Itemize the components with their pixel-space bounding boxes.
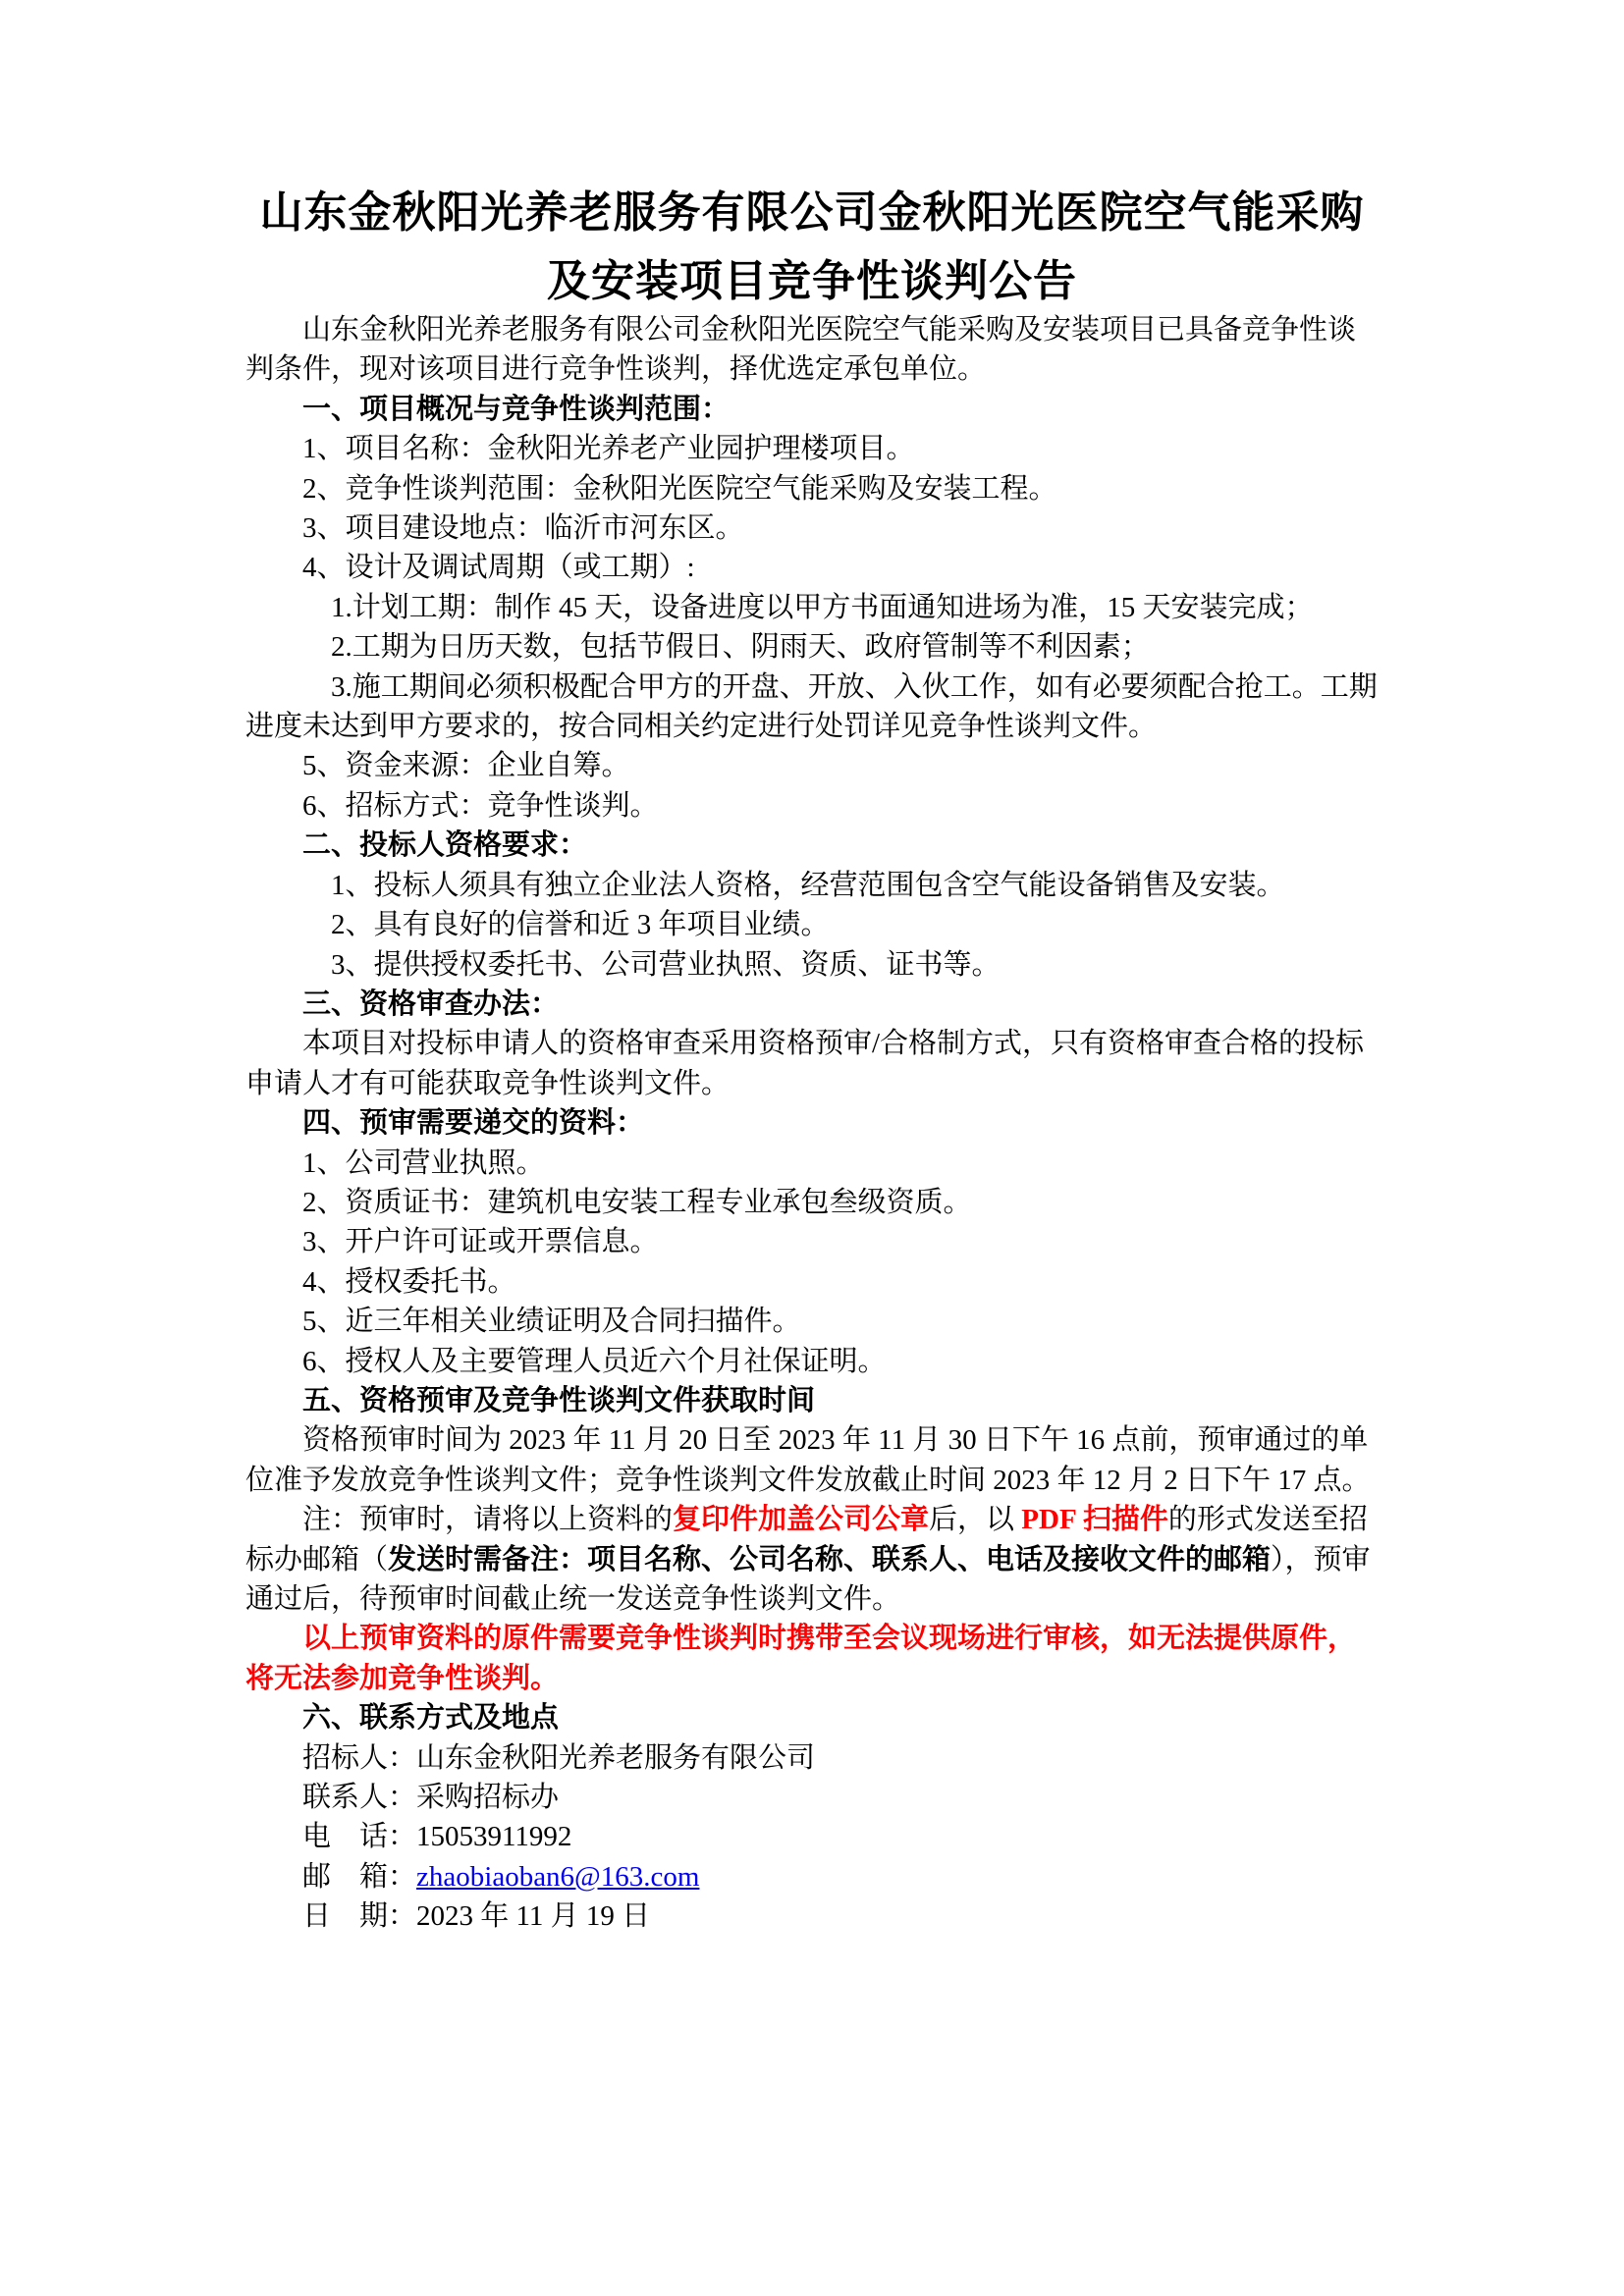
document-line: 1.计划工期：制作 45 天，设备进度以甲方书面通知进场为准，15 天安装完成； <box>245 588 1379 627</box>
text-run: 将无法参加竞争性谈判。 <box>245 1663 559 1694</box>
document-line: 5、资金来源：企业自筹。 <box>245 746 1379 785</box>
text-run: 判条件，现对该项目进行竞争性谈判，择优选定承包单位。 <box>245 353 986 385</box>
text-run: 六、联系方式及地点 <box>302 1702 559 1734</box>
document-line: 五、资格预审及竞争性谈判文件获取时间 <box>245 1381 1379 1420</box>
document-line: 三、资格审查办法： <box>245 985 1379 1024</box>
document-line: 申请人才有可能获取竞争性谈判文件。 <box>245 1064 1379 1103</box>
document-line: 1、项目名称：金秋阳光养老产业园护理楼项目。 <box>245 429 1379 468</box>
text-run: 后，以 <box>929 1504 1021 1535</box>
text-run: 4、授权委托书。 <box>302 1266 516 1298</box>
document-title-line-2: 及安装项目竞争性谈判公告 <box>245 247 1379 316</box>
text-run: 一、项目概况与竞争性谈判范围： <box>302 394 730 425</box>
text-run: 通过后，待预审时间截止统一发送竞争性谈判文件。 <box>245 1583 900 1615</box>
text-run: 日 期：2023 年 11 月 19 日 <box>302 1900 650 1932</box>
document-line: 电 话：15053911992 <box>245 1817 1379 1856</box>
text-run: 1、公司营业执照。 <box>302 1148 545 1179</box>
document-page: 山东金秋阳光养老服务有限公司金秋阳光医院空气能采购 及安装项目竞争性谈判公告 山… <box>0 0 1624 2296</box>
email-link[interactable]: zhaobiaoban6@163.com <box>416 1861 699 1893</box>
document-line: 5、近三年相关业绩证明及合同扫描件。 <box>245 1302 1379 1341</box>
document-line: 注：预审时，请将以上资料的复印件加盖公司公章后，以 PDF 扫描件的形式发送至招 <box>245 1500 1379 1539</box>
document-line: 本项目对投标申请人的资格审查采用资格预审/合格制方式，只有资格审查合格的投标 <box>245 1024 1379 1063</box>
text-run: 注：预审时，请将以上资料的 <box>302 1504 673 1535</box>
document-line: 2、资质证书：建筑机电安装工程专业承包叁级资质。 <box>245 1183 1379 1222</box>
document-line: 4、授权委托书。 <box>245 1262 1379 1302</box>
text-run: 2、竞争性谈判范围：金秋阳光医院空气能采购及安装工程。 <box>302 473 1057 505</box>
document-title: 山东金秋阳光养老服务有限公司金秋阳光医院空气能采购 及安装项目竞争性谈判公告 <box>245 179 1379 316</box>
text-run: 1、项目名称：金秋阳光养老产业园护理楼项目。 <box>302 433 915 464</box>
document-line: 2、具有良好的信誉和近 3 年项目业绩。 <box>245 905 1379 944</box>
text-run: 的形式发送至招 <box>1168 1504 1368 1535</box>
document-line: 3、开户许可证或开票信息。 <box>245 1222 1379 1261</box>
text-run: 2.工期为日历天数，包括节假日、阴雨天、政府管制等不利因素； <box>331 631 1150 663</box>
document-line: 以上预审资料的原件需要竞争性谈判时携带至会议现场进行审核，如无法提供原件， <box>245 1619 1379 1658</box>
document-line: 2.工期为日历天数，包括节假日、阴雨天、政府管制等不利因素； <box>245 627 1379 667</box>
document-line: 6、招标方式：竞争性谈判。 <box>245 786 1379 826</box>
text-run: 以上预审资料的原件需要竞争性谈判时携带至会议现场进行审核，如无法提供原件， <box>302 1623 1356 1654</box>
document-line: 2、竞争性谈判范围：金秋阳光医院空气能采购及安装工程。 <box>245 469 1379 508</box>
text-run: 3、开户许可证或开票信息。 <box>302 1226 659 1257</box>
document-line: 联系人：采购招标办 <box>245 1778 1379 1817</box>
text-run: 联系人：采购招标办 <box>302 1782 559 1813</box>
text-run: 2、资质证书：建筑机电安装工程专业承包叁级资质。 <box>302 1187 972 1218</box>
document-line: 6、授权人及主要管理人员近六个月社保证明。 <box>245 1342 1379 1381</box>
text-run: ），预审 <box>1271 1544 1371 1575</box>
text-run: 五、资格预审及竞争性谈判文件获取时间 <box>302 1385 815 1416</box>
document-line: 将无法参加竞争性谈判。 <box>245 1659 1379 1698</box>
document-line: 招标人：山东金秋阳光养老服务有限公司 <box>245 1738 1379 1778</box>
text-run: 本项目对投标申请人的资格审查采用资格预审/合格制方式，只有资格审查合格的投标 <box>302 1028 1364 1059</box>
document-line: 3、提供授权委托书、公司营业执照、资质、证书等。 <box>245 945 1379 985</box>
document-line: 位准予发放竞争性谈判文件；竞争性谈判文件发放截止时间 2023 年 12 月 2… <box>245 1461 1379 1500</box>
text-run: 电 话：15053911992 <box>302 1821 571 1852</box>
text-run: 四、预审需要递交的资料： <box>302 1107 644 1139</box>
text-run: 6、招标方式：竞争性谈判。 <box>302 790 659 822</box>
document-line: 3.施工期间必须积极配合甲方的开盘、开放、入伙工作，如有必要须配合抢工。工期 <box>245 667 1379 707</box>
document-line: 通过后，待预审时间截止统一发送竞争性谈判文件。 <box>245 1579 1379 1619</box>
document-line: 资格预审时间为 2023 年 11 月 20 日至 2023 年 11 月 30… <box>245 1420 1379 1460</box>
text-run: 邮 箱： <box>302 1861 416 1893</box>
document-line: 一、项目概况与竞争性谈判范围： <box>245 390 1379 429</box>
document-body: 山东金秋阳光养老服务有限公司金秋阳光医院空气能采购及安装项目已具备竞争性谈判条件… <box>245 310 1379 1937</box>
document-line: 1、公司营业执照。 <box>245 1144 1379 1183</box>
document-line: 标办邮箱（发送时需备注：项目名称、公司名称、联系人、电话及接收文件的邮箱），预审 <box>245 1540 1379 1579</box>
text-run: 3、项目建设地点：临沂市河东区。 <box>302 512 744 544</box>
text-run: 3.施工期间必须积极配合甲方的开盘、开放、入伙工作，如有必要须配合抢工。工期 <box>331 671 1378 703</box>
text-run: 3、提供授权委托书、公司营业执照、资质、证书等。 <box>331 949 1001 981</box>
text-run: 2、具有良好的信誉和近 3 年项目业绩。 <box>331 909 830 940</box>
document-line: 日 期：2023 年 11 月 19 日 <box>245 1896 1379 1936</box>
document-line: 六、联系方式及地点 <box>245 1698 1379 1737</box>
text-run: 申请人才有可能获取竞争性谈判文件。 <box>245 1068 730 1099</box>
document-line: 二、投标人资格要求： <box>245 826 1379 865</box>
text-run: 位准予发放竞争性谈判文件；竞争性谈判文件发放截止时间 2023 年 12 月 2… <box>245 1465 1371 1496</box>
text-run: 标办邮箱（ <box>245 1544 388 1575</box>
text-run: 5、资金来源：企业自筹。 <box>302 750 630 781</box>
document-line: 四、预审需要递交的资料： <box>245 1103 1379 1143</box>
text-run: 资格预审时间为 2023 年 11 月 20 日至 2023 年 11 月 30… <box>302 1424 1368 1456</box>
document-line: 山东金秋阳光养老服务有限公司金秋阳光医院空气能采购及安装项目已具备竞争性谈 <box>245 310 1379 349</box>
document-line: 邮 箱：zhaobiaoban6@163.com <box>245 1857 1379 1896</box>
text-run: 山东金秋阳光养老服务有限公司金秋阳光医院空气能采购及安装项目已具备竞争性谈 <box>302 314 1356 346</box>
text-run: 发送时需备注：项目名称、公司名称、联系人、电话及接收文件的邮箱 <box>388 1544 1271 1575</box>
text-run: 1、投标人须具有独立企业法人资格，经营范围包含空气能设备销售及安装。 <box>331 870 1285 901</box>
document-line: 进度未达到甲方要求的，按合同相关约定进行处罚详见竞争性谈判文件。 <box>245 707 1379 746</box>
text-run: PDF 扫描件 <box>1021 1504 1168 1535</box>
document-line: 判条件，现对该项目进行竞争性谈判，择优选定承包单位。 <box>245 349 1379 389</box>
text-run: 招标人：山东金秋阳光养老服务有限公司 <box>302 1742 815 1774</box>
text-run: 6、授权人及主要管理人员近六个月社保证明。 <box>302 1346 887 1377</box>
document-title-line-1: 山东金秋阳光养老服务有限公司金秋阳光医院空气能采购 <box>245 179 1379 247</box>
document-line: 3、项目建设地点：临沂市河东区。 <box>245 508 1379 548</box>
text-run: 进度未达到甲方要求的，按合同相关约定进行处罚详见竞争性谈判文件。 <box>245 711 1157 742</box>
text-run: 复印件加盖公司公章 <box>673 1504 929 1535</box>
text-run: 4、设计及调试周期（或工期）: <box>302 552 695 583</box>
text-run: 二、投标人资格要求： <box>302 829 587 861</box>
text-run: 三、资格审查办法： <box>302 988 559 1020</box>
document-line: 4、设计及调试周期（或工期）: <box>245 548 1379 587</box>
text-run: 1.计划工期：制作 45 天，设备进度以甲方书面通知进场为准，15 天安装完成； <box>331 592 1314 623</box>
text-run: 5、近三年相关业绩证明及合同扫描件。 <box>302 1306 801 1337</box>
document-line: 1、投标人须具有独立企业法人资格，经营范围包含空气能设备销售及安装。 <box>245 866 1379 905</box>
